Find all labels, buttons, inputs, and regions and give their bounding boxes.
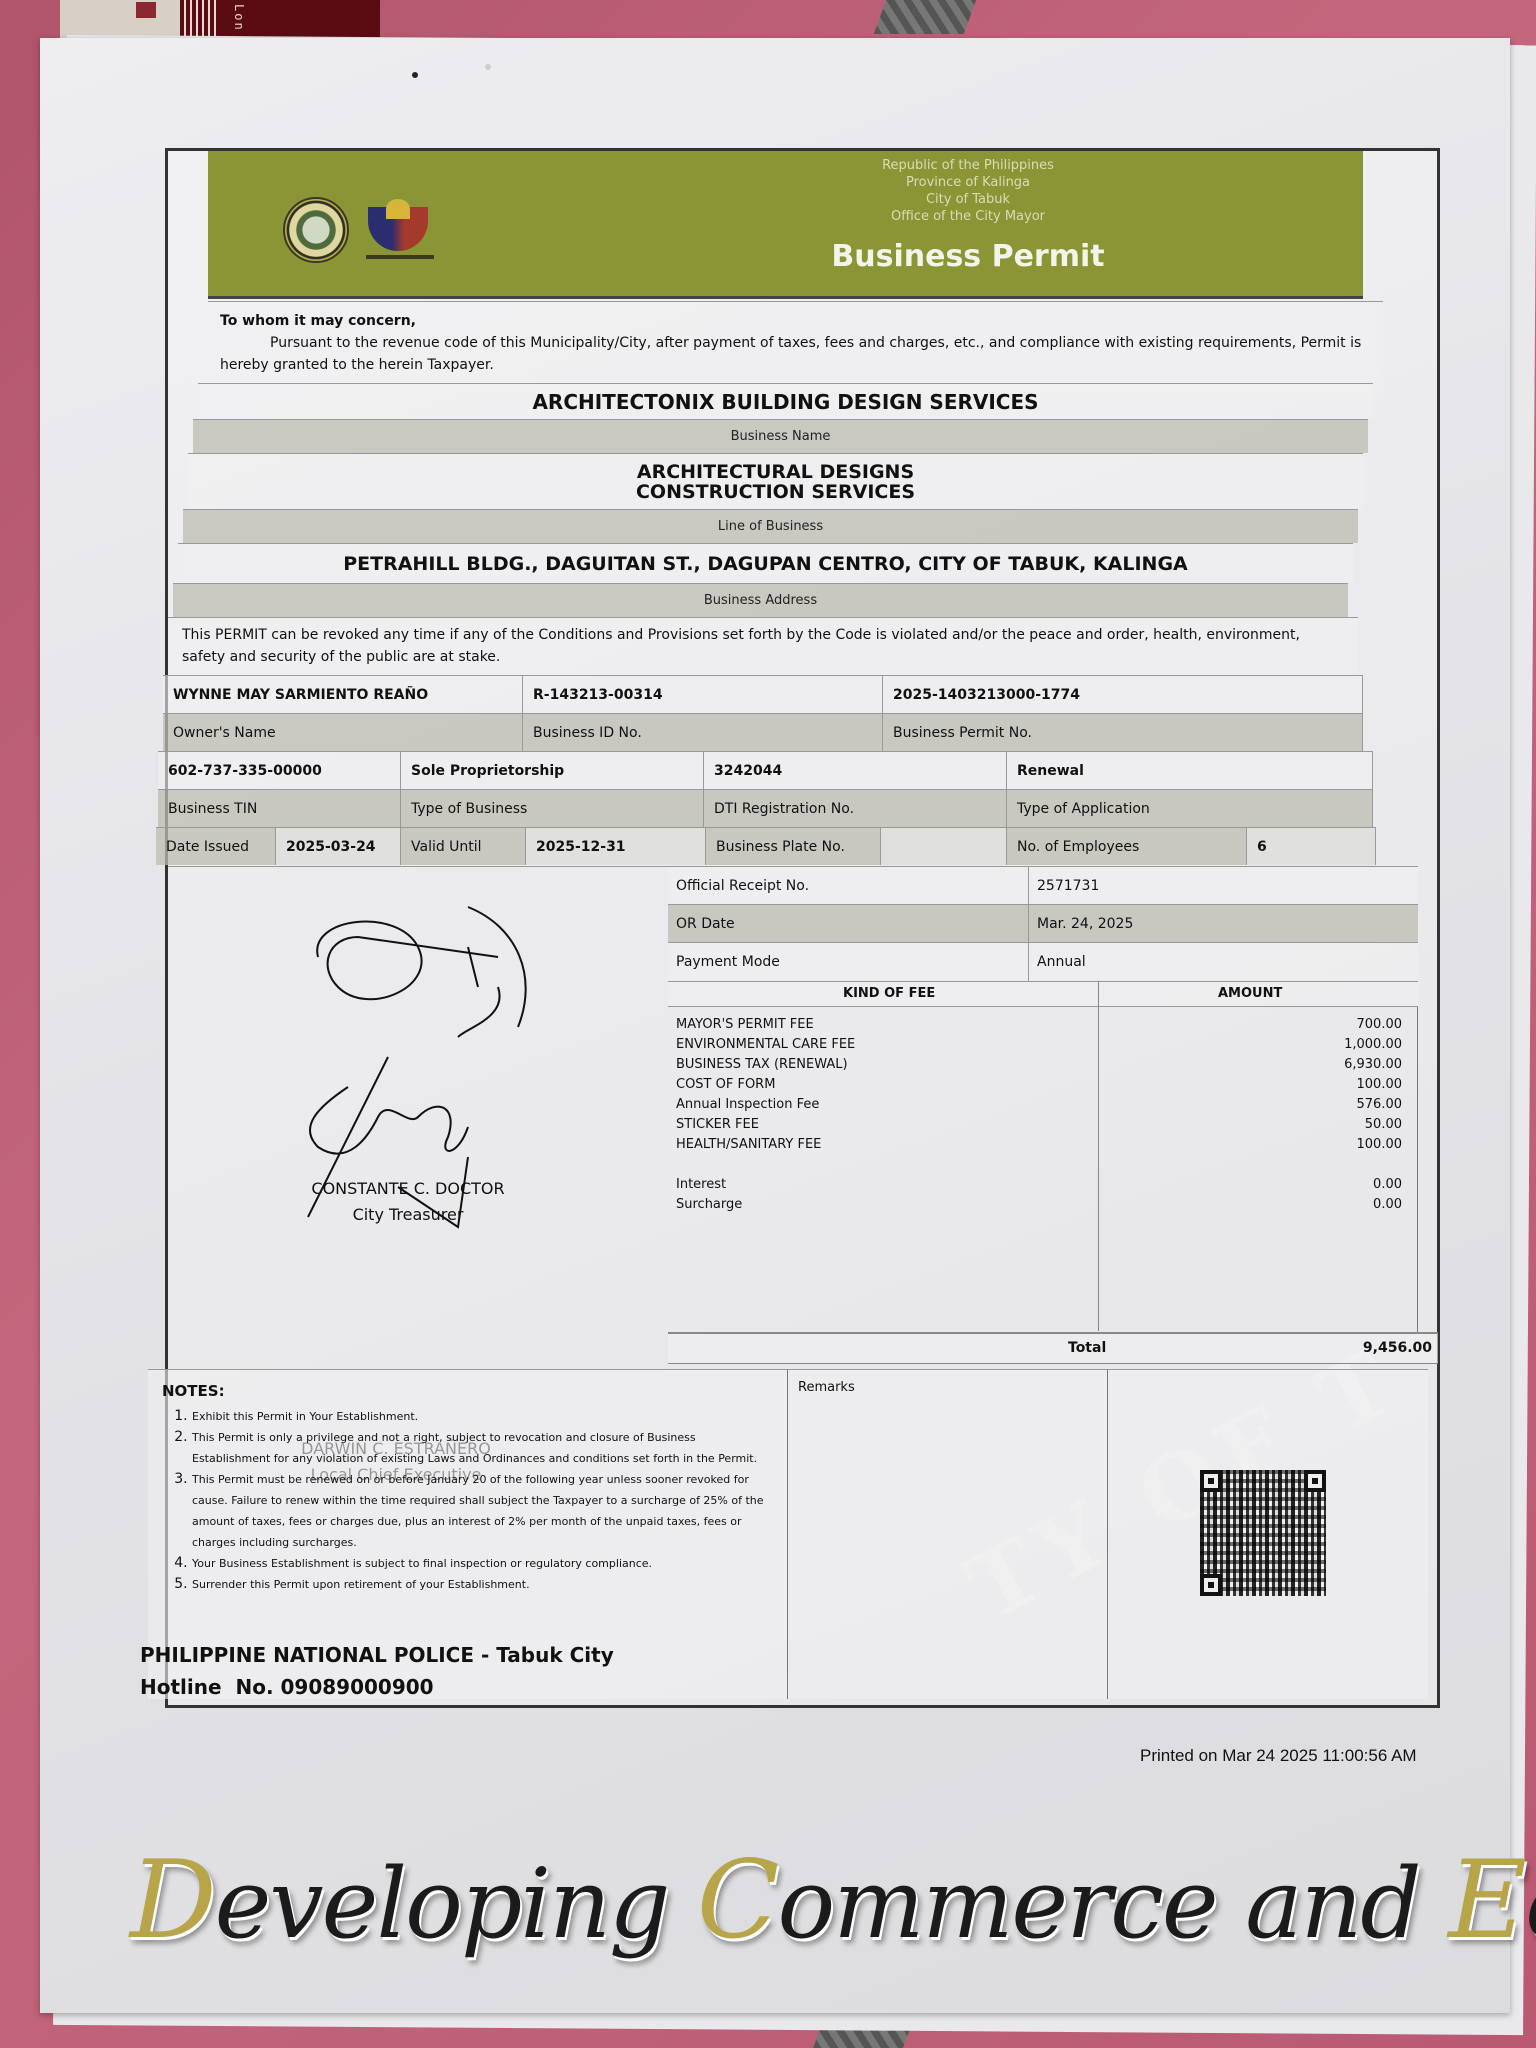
business-tin: 602-737-335-00000	[158, 752, 401, 789]
fee-name: Interest	[676, 1177, 726, 1192]
slogan-cap-1: D	[130, 1838, 215, 1963]
note-item: Surrender this Permit upon retirement of…	[192, 1574, 773, 1595]
owner-name: WYNNE MAY SARMIENTO REAÑO	[163, 676, 523, 713]
line-of-business-1: ARCHITECTURAL DESIGNS	[188, 462, 1363, 482]
treasurer-title: City Treasurer	[258, 1205, 558, 1224]
folder-strap	[874, 0, 976, 34]
type-of-application: Renewal	[1007, 752, 1373, 789]
intro-body: Pursuant to the revenue code of this Mun…	[220, 332, 1371, 376]
valid-until-label: Valid Until	[401, 828, 526, 865]
bagong-pilipinas-logo-icon	[368, 199, 430, 251]
printed-timestamp: Printed on Mar 24 2025 11:00:56 AM	[1140, 1746, 1417, 1766]
total-amount: 9,456.00	[1363, 1340, 1432, 1356]
remarks-label: Remarks	[798, 1380, 855, 1395]
pnp-hotline: PHILIPPINE NATIONAL POLICE - Tabuk City …	[140, 1639, 614, 1703]
fee-name: STICKER FEE	[676, 1117, 759, 1132]
fee-amount: 50.00	[1365, 1117, 1402, 1132]
fee-amount: 700.00	[1357, 1017, 1403, 1032]
amount-header: AMOUNT	[1218, 986, 1282, 1001]
fee-name: BUSINESS TAX (RENEWAL)	[676, 1057, 848, 1072]
fee-amount: 0.00	[1373, 1177, 1402, 1192]
business-name-label: Business Name	[193, 419, 1368, 453]
business-plate-no	[881, 828, 1007, 865]
fee-amount: 100.00	[1357, 1077, 1403, 1092]
or-no-label: Official Receipt No.	[676, 867, 809, 905]
punch-hole	[412, 72, 418, 78]
signature-strokes	[168, 867, 668, 1372]
type-of-business-label: Type of Business	[401, 790, 704, 827]
header-line-city: City of Tabuk	[768, 191, 1168, 208]
pnp-number: Hotline No. 09089000900	[140, 1671, 614, 1703]
punch-hole	[485, 64, 491, 70]
slogan-cap-3: E	[1448, 1838, 1525, 1963]
fee-row: HEALTH/SANITARY FEE100.00	[676, 1137, 1410, 1157]
qr-cell	[1108, 1369, 1428, 1699]
note-item: Exhibit this Permit in Your Establishmen…	[192, 1406, 773, 1427]
fee-name: ENVIRONMENTAL CARE FEE	[676, 1037, 855, 1052]
signature-area: CONSTANTE C. DOCTOR City Treasurer DARWI…	[168, 866, 668, 1371]
business-plate-label: Business Plate No.	[706, 828, 881, 865]
fee-row: BUSINESS TAX (RENEWAL)6,930.00	[676, 1057, 1410, 1077]
tin-row: 602-737-335-00000 Sole Proprietorship 32…	[158, 751, 1373, 789]
or-no-row: Official Receipt No. 2571731	[668, 866, 1418, 904]
total-label: Total	[1068, 1340, 1106, 1356]
type-of-application-label: Type of Application	[1007, 790, 1373, 827]
slogan-word-2: ommerce and	[778, 1848, 1449, 1960]
business-address-label: Business Address	[173, 583, 1348, 617]
folder-badge-icon	[136, 2, 156, 18]
dates-row: Date Issued 2025-03-24 Valid Until 2025-…	[156, 827, 1376, 865]
employees-label: No. of Employees	[1007, 828, 1247, 865]
business-id: R-143213-00314	[523, 676, 883, 713]
revocation-notice: This PERMIT can be revoked any time if a…	[168, 617, 1358, 675]
business-permit-no: 2025-1403213000-1774	[883, 676, 1363, 713]
payment-mode: Annual	[1028, 943, 1086, 981]
treasurer-name: CONSTANTE C. DOCTOR	[258, 1179, 558, 1198]
permit-header: Republic of the Philippines Province of …	[208, 151, 1363, 299]
notes-heading: NOTES:	[162, 1382, 773, 1400]
valid-until: 2025-12-31	[526, 828, 706, 865]
line-of-business-2: CONSTRUCTION SERVICES	[188, 482, 1363, 502]
type-of-business: Sole Proprietorship	[401, 752, 704, 789]
note-item: This Permit is only a privilege and not …	[192, 1427, 773, 1469]
city-seal-icon	[283, 197, 349, 263]
fee-row: Annual Inspection Fee576.00	[676, 1097, 1410, 1117]
fee-amount: 1,000.00	[1344, 1037, 1402, 1052]
business-id-label: Business ID No.	[523, 714, 883, 751]
fee-amount: 576.00	[1357, 1097, 1403, 1112]
slogan-banner: Developing Commerce and Economy	[130, 1838, 1510, 1963]
fee-amount: 100.00	[1357, 1137, 1403, 1152]
employees-count: 6	[1247, 828, 1376, 865]
note-item: Your Business Establishment is subject t…	[192, 1553, 773, 1574]
fee-name: HEALTH/SANITARY FEE	[676, 1137, 821, 1152]
logo-caption	[366, 255, 434, 259]
fee-row: Surcharge0.00	[676, 1197, 1410, 1217]
permit-title: Business Permit	[768, 239, 1168, 274]
remarks-cell: Remarks	[788, 1369, 1108, 1699]
business-permit-no-label: Business Permit No.	[883, 714, 1363, 751]
fee-row: COST OF FORM100.00	[676, 1077, 1410, 1097]
payment-mode-row: Payment Mode Annual	[668, 942, 1418, 980]
folder-brand-text: Lon	[232, 4, 246, 32]
header-line-province: Province of Kalinga	[768, 174, 1168, 191]
greeting: To whom it may concern,	[220, 310, 1371, 332]
dti-registration-no: 3242044	[704, 752, 1007, 789]
note-item: This Permit must be renewed on or before…	[192, 1469, 773, 1553]
receipt-table: Official Receipt No. 2571731 OR Date Mar…	[668, 866, 1418, 980]
fee-row: Interest0.00	[676, 1177, 1410, 1197]
business-tin-label: Business TIN	[158, 790, 401, 827]
or-date-label: OR Date	[676, 905, 735, 943]
fee-table-body: MAYOR'S PERMIT FEE700.00ENVIRONMENTAL CA…	[668, 1007, 1418, 1332]
fee-name: MAYOR'S PERMIT FEE	[676, 1017, 814, 1032]
fee-name: COST OF FORM	[676, 1077, 775, 1092]
permit-paper: TY OF T Republic of the Philippines Prov…	[40, 38, 1510, 2013]
owner-name-label: Owner's Name	[163, 714, 523, 751]
owner-label-row: Owner's Name Business ID No. Business Pe…	[163, 713, 1363, 751]
date-issued-label: Date Issued	[156, 828, 276, 865]
payment-mode-label: Payment Mode	[676, 943, 780, 981]
business-address: PETRAHILL BLDG., DAGUITAN ST., DAGUPAN C…	[178, 543, 1353, 583]
business-name: ARCHITECTONIX BUILDING DESIGN SERVICES	[198, 383, 1373, 419]
header-line-republic: Republic of the Philippines	[768, 157, 1168, 174]
pnp-name: PHILIPPINE NATIONAL POLICE - Tabuk City	[140, 1639, 614, 1671]
fee-table-header: KIND OF FEE AMOUNT	[668, 981, 1418, 1007]
fee-row: STICKER FEE50.00	[676, 1117, 1410, 1137]
line-of-business: ARCHITECTURAL DESIGNS CONSTRUCTION SERVI…	[188, 453, 1363, 509]
tin-label-row: Business TIN Type of Business DTI Regist…	[158, 789, 1373, 827]
fee-name: Surcharge	[676, 1197, 742, 1212]
date-issued: 2025-03-24	[276, 828, 401, 865]
fee-row: MAYOR'S PERMIT FEE700.00	[676, 1017, 1410, 1037]
kind-of-fee-header: KIND OF FEE	[843, 986, 935, 1001]
or-date: Mar. 24, 2025	[1028, 905, 1133, 943]
or-date-row: OR Date Mar. 24, 2025	[668, 904, 1418, 942]
qr-code-icon	[1200, 1470, 1326, 1596]
fee-amount: 0.00	[1373, 1197, 1402, 1212]
total-row: Total 9,456.00	[668, 1332, 1438, 1364]
notes-list: Exhibit this Permit in Your Establishmen…	[192, 1406, 773, 1595]
header-line-office: Office of the City Mayor	[768, 208, 1168, 225]
dti-label: DTI Registration No.	[704, 790, 1007, 827]
slogan-cap-2: C	[697, 1838, 778, 1963]
fee-row: ENVIRONMENTAL CARE FEE1,000.00	[676, 1037, 1410, 1057]
or-no: 2571731	[1028, 867, 1099, 905]
fee-amount: 6,930.00	[1344, 1057, 1402, 1072]
business-permit: TY OF T Republic of the Philippines Prov…	[165, 148, 1440, 1708]
fee-name: Annual Inspection Fee	[676, 1097, 819, 1112]
line-of-business-label: Line of Business	[183, 509, 1358, 543]
slogan-word-1: eveloping	[215, 1848, 697, 1960]
owner-row: WYNNE MAY SARMIENTO REAÑO R-143213-00314…	[163, 675, 1363, 713]
slogan-word-3: conomy	[1525, 1848, 1536, 1960]
